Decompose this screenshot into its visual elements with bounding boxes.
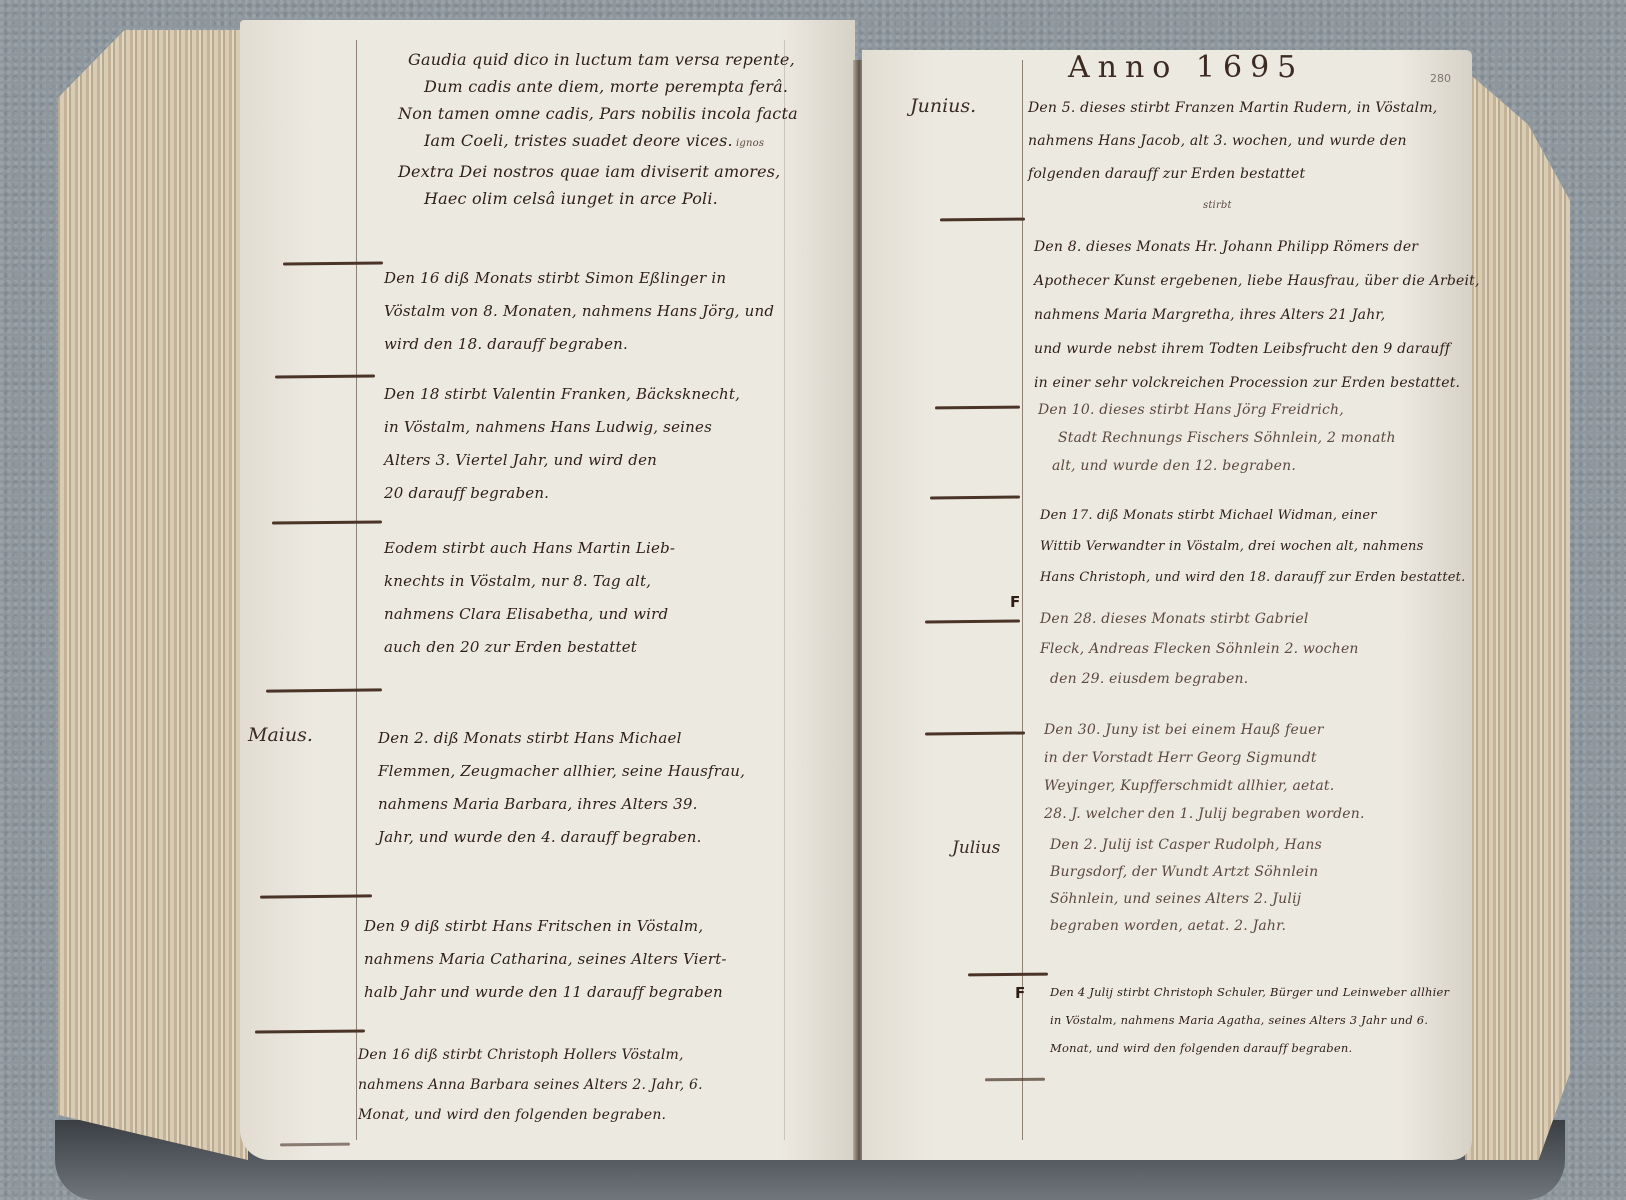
- burial-entry: Den 30. Juny ist bei einem Hauß feuer in…: [1044, 716, 1365, 828]
- entry-line: Hans Christoph, und wird den 18. darauff…: [1040, 562, 1465, 593]
- month-label-julius: Julius: [952, 838, 1000, 858]
- entry-line: Fleck, Andreas Flecken Söhnlein 2. woche…: [1040, 634, 1359, 664]
- entry-line: Weyinger, Kupfferschmidt allhier, aetat.: [1044, 772, 1365, 800]
- folio-number: 280: [1430, 72, 1451, 85]
- year-heading: Anno 1695: [1068, 50, 1304, 85]
- entry-line: den 29. eiusdem begraben.: [1040, 664, 1359, 694]
- burial-entry: Den 5. dieses stirbt Franzen Martin Rude…: [1028, 92, 1437, 191]
- entry-line: Den 16 diß Monats stirbt Simon Eßlinger …: [384, 262, 774, 295]
- entry-line: Den 28. dieses Monats stirbt Gabriel: [1040, 604, 1359, 634]
- epitaph-superscript: ignos: [736, 138, 764, 150]
- burial-entry: Den 8. dieses Monats Hr. Johann Philipp …: [1034, 230, 1480, 400]
- entry-line: 20 darauff begraben.: [384, 477, 740, 510]
- burial-entry: Den 17. diß Monats stirbt Michael Widman…: [1040, 500, 1465, 593]
- entry-line: Den 16 diß stirbt Christoph Hollers Vöst…: [358, 1040, 703, 1070]
- month-label-maius: Maius.: [248, 724, 313, 746]
- burial-entry: Den 28. dieses Monats stirbt Gabriel Fle…: [1040, 604, 1359, 694]
- epitaph-line: Gaudia quid dico in luctum tam versa rep…: [408, 46, 798, 73]
- entry-line: Jahr, und wurde den 4. darauff begraben.: [378, 821, 745, 854]
- page-edges-right: [1465, 70, 1570, 1160]
- burial-entry: Den 18 stirbt Valentin Franken, Bäckskne…: [384, 378, 740, 510]
- entry-line: Wittib Verwandter in Vöstalm, drei woche…: [1040, 531, 1465, 562]
- entry-line: nahmens Hans Jacob, alt 3. wochen, und w…: [1028, 125, 1437, 158]
- burial-entry: Den 16 diß Monats stirbt Simon Eßlinger …: [384, 262, 774, 361]
- entry-line: Burgsdorf, der Wundt Artzt Söhnlein: [1050, 859, 1322, 886]
- entry-line: Alters 3. Viertel Jahr, und wird den: [384, 444, 740, 477]
- entry-line: knechts in Vöstalm, nur 8. Tag alt,: [384, 565, 675, 598]
- entry-line: in Vöstalm, nahmens Maria Agatha, seines…: [1050, 1006, 1449, 1034]
- burial-entry: Den 2. diß Monats stirbt Hans Michael Fl…: [378, 722, 745, 854]
- entry-line: Eodem stirbt auch Hans Martin Lieb-: [384, 532, 675, 565]
- entry-divider: [985, 1078, 1045, 1082]
- entry-line: Den 30. Juny ist bei einem Hauß feuer: [1044, 716, 1365, 744]
- entry-line: in Vöstalm, nahmens Hans Ludwig, seines: [384, 411, 740, 444]
- page-edges-left: [58, 30, 248, 1160]
- entry-line: 28. J. welcher den 1. Julij begraben wor…: [1044, 800, 1365, 828]
- entry-line: begraben worden, aetat. 2. Jahr.: [1050, 913, 1322, 940]
- burial-entry: Eodem stirbt auch Hans Martin Lieb- knec…: [384, 532, 675, 664]
- epitaph-line: Non tamen omne cadis, Pars nobilis incol…: [398, 100, 798, 127]
- entry-line: Den 10. dieses stirbt Hans Jörg Freidric…: [1038, 396, 1396, 424]
- entry-superscript: stirbt: [1203, 200, 1232, 212]
- entry-line: nahmens Anna Barbara seines Alters 2. Ja…: [358, 1070, 703, 1100]
- entry-line: nahmens Maria Margretha, ihres Alters 21…: [1034, 298, 1480, 332]
- entry-line: Den 2. Julij ist Casper Rudolph, Hans: [1050, 832, 1322, 859]
- epitaph-poem: Gaudia quid dico in luctum tam versa rep…: [408, 46, 798, 212]
- burial-entry: Den 4 Julij stirbt Christoph Schuler, Bü…: [1050, 978, 1449, 1062]
- right-margin-rule: [1022, 60, 1023, 1140]
- entry-line: Den 17. diß Monats stirbt Michael Widman…: [1040, 500, 1465, 531]
- entry-line: Den 2. diß Monats stirbt Hans Michael: [378, 722, 745, 755]
- entry-line: Vöstalm von 8. Monaten, nahmens Hans Jör…: [384, 295, 774, 328]
- margin-mark-f: F: [1015, 984, 1025, 1002]
- entry-line: halb Jahr und wurde den 11 darauff begra…: [364, 976, 727, 1009]
- entry-line: Monat, und wird den folgenden begraben.: [358, 1100, 703, 1130]
- burial-entry: Den 9 diß stirbt Hans Fritschen in Vösta…: [364, 910, 727, 1009]
- entry-line: Den 18 stirbt Valentin Franken, Bäckskne…: [384, 378, 740, 411]
- entry-line: Söhnlein, und seines Alters 2. Julij: [1050, 886, 1322, 913]
- entry-line: Den 4 Julij stirbt Christoph Schuler, Bü…: [1050, 978, 1449, 1006]
- entry-line: wird den 18. darauff begraben.: [384, 328, 774, 361]
- month-label-junius: Junius.: [910, 95, 976, 117]
- entry-line: folgenden darauff zur Erden bestattet: [1028, 158, 1437, 191]
- entry-line: Den 9 diß stirbt Hans Fritschen in Vösta…: [364, 910, 727, 943]
- entry-line: auch den 20 zur Erden bestattet: [384, 631, 675, 664]
- burial-entry: Den 16 diß stirbt Christoph Hollers Vöst…: [358, 1040, 703, 1130]
- entry-line: Den 8. dieses Monats Hr. Johann Philipp …: [1034, 230, 1480, 264]
- epitaph-line: Haec olim celsâ iunget in arce Poli.: [408, 185, 798, 212]
- burial-entry: Den 2. Julij ist Casper Rudolph, Hans Bu…: [1050, 832, 1322, 940]
- entry-line: und wurde nebst ihrem Todten Leibsfrucht…: [1034, 332, 1480, 366]
- entry-line: Apothecer Kunst ergebenen, liebe Hausfra…: [1034, 264, 1480, 298]
- margin-mark-f: F: [1010, 593, 1020, 611]
- burial-entry: Den 10. dieses stirbt Hans Jörg Freidric…: [1038, 396, 1396, 480]
- epitaph-line: Dextra Dei nostros quae iam diviserit am…: [398, 158, 798, 185]
- left-margin-rule: [356, 40, 357, 1140]
- entry-line: Monat, und wird den folgenden darauff be…: [1050, 1034, 1449, 1062]
- entry-line: nahmens Clara Elisabetha, und wird: [384, 598, 675, 631]
- epitaph-line: Dum cadis ante diem, morte perempta ferâ…: [408, 73, 798, 100]
- entry-line: nahmens Maria Catharina, seines Alters V…: [364, 943, 727, 976]
- entry-line: Flemmen, Zeugmacher allhier, seine Hausf…: [378, 755, 745, 788]
- entry-line: nahmens Maria Barbara, ihres Alters 39.: [378, 788, 745, 821]
- entry-line: alt, und wurde den 12. begraben.: [1038, 452, 1396, 480]
- entry-line: Stadt Rechnungs Fischers Söhnlein, 2 mon…: [1038, 424, 1396, 452]
- entry-line: Den 5. dieses stirbt Franzen Martin Rude…: [1028, 92, 1437, 125]
- entry-line: in einer sehr volckreichen Procession zu…: [1034, 366, 1480, 400]
- entry-line: in der Vorstadt Herr Georg Sigmundt: [1044, 744, 1365, 772]
